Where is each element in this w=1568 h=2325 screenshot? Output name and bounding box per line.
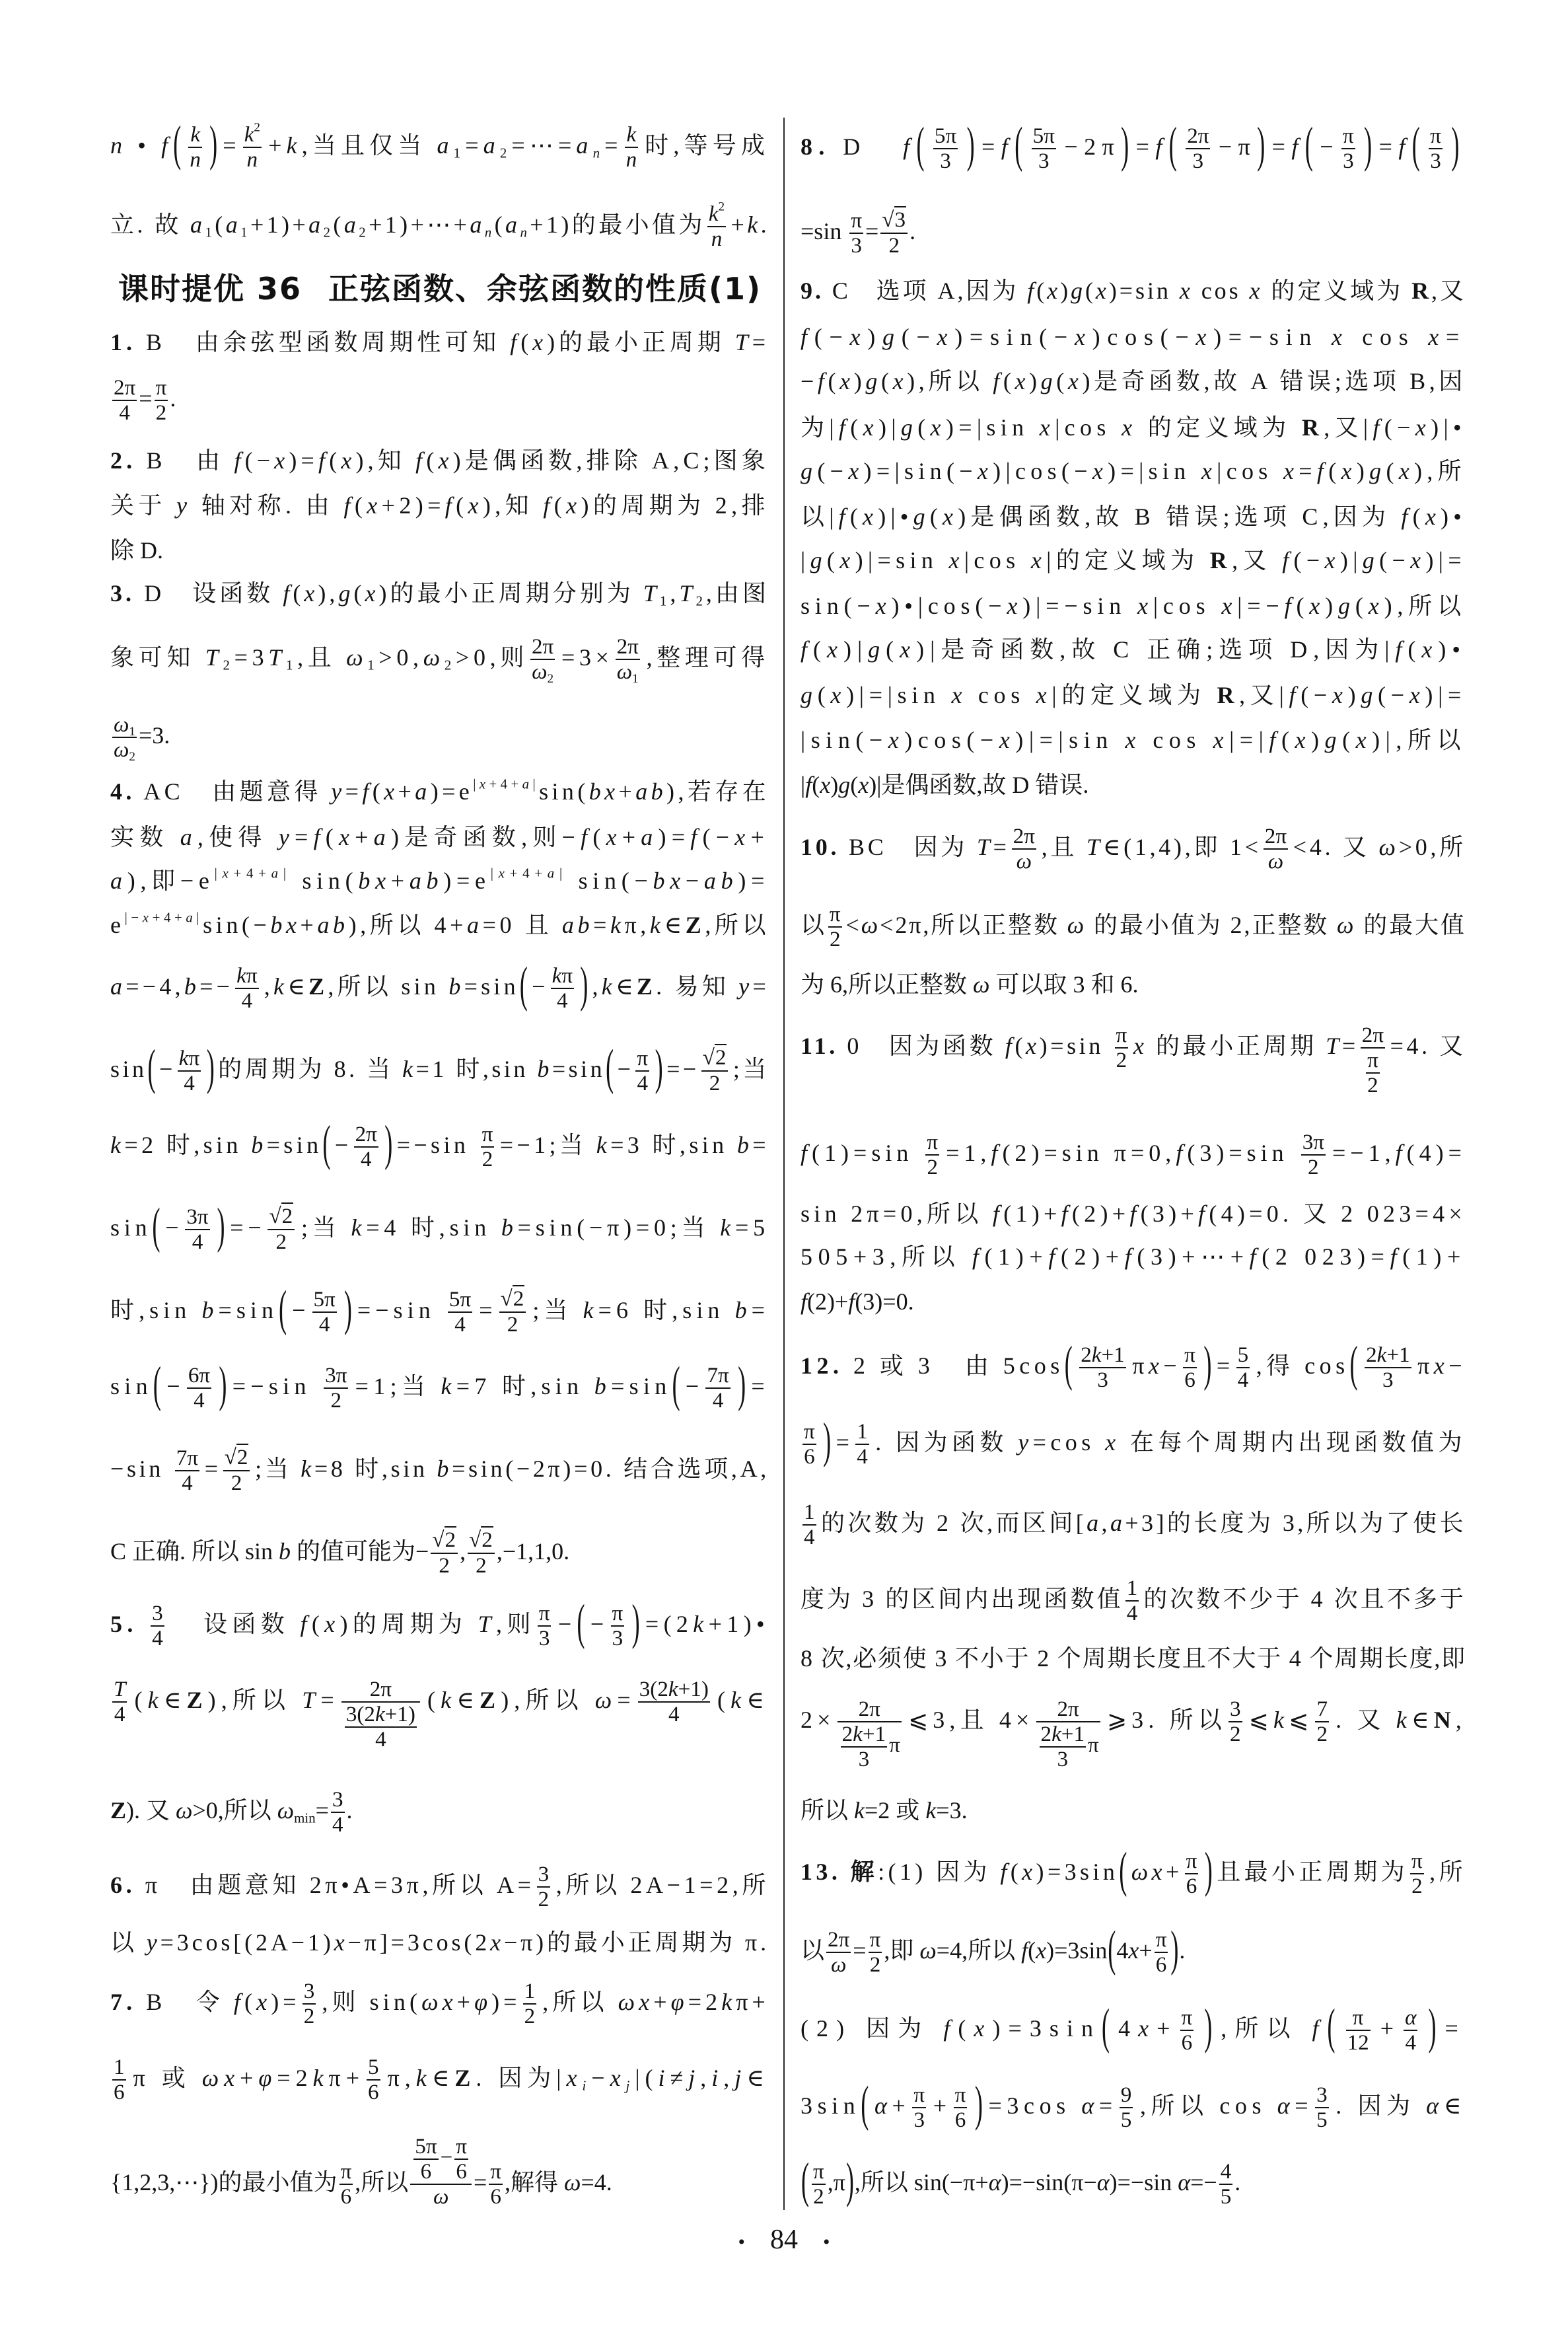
square-root: √2 bbox=[432, 1529, 456, 1551]
math-text: 3(2k+1) bbox=[346, 1702, 415, 1726]
math-text: 3 bbox=[1038, 149, 1050, 173]
bold-label: 3. bbox=[110, 580, 135, 607]
math-text: 6π bbox=[188, 1363, 210, 1387]
math-text: 2π bbox=[828, 1927, 849, 1952]
math-text: 4 bbox=[194, 1388, 205, 1413]
math-variable: a bbox=[186, 909, 196, 925]
numerator: π bbox=[339, 2162, 353, 2182]
big-parenthesis: ( bbox=[860, 2079, 869, 2129]
math-text: 2 bbox=[1367, 1073, 1378, 1097]
math-text: 6 bbox=[490, 2184, 501, 2209]
math-text: 4 bbox=[1221, 2159, 1232, 2184]
numerator: 9 bbox=[1120, 2085, 1133, 2105]
math-text: , bbox=[460, 1538, 466, 1565]
numerator: 2π bbox=[530, 637, 555, 657]
fraction: 2πω2 bbox=[528, 637, 557, 682]
denominator: 6 bbox=[1183, 1370, 1197, 1390]
denominator: 4 bbox=[185, 1232, 209, 1252]
fraction: 72 bbox=[1313, 1699, 1331, 1744]
denominator: 2 bbox=[1366, 1076, 1380, 1095]
numerator: 2π bbox=[1361, 1025, 1385, 1045]
math-text: π bbox=[456, 2134, 467, 2159]
solution-line: 11. 0 因为函数 f(x)=sin π2x 的最小正周期 T=2ππ2=4.… bbox=[801, 993, 1466, 1099]
denominator: 6 bbox=[1180, 2033, 1194, 2053]
math-text: 4 bbox=[182, 1471, 193, 1495]
math-text: 2π bbox=[532, 634, 553, 659]
math-text: 3 bbox=[1097, 1368, 1108, 1392]
math-variable: k bbox=[720, 1214, 735, 1241]
math-text: =− bbox=[230, 1214, 266, 1241]
math-text: a=−4,b=− bbox=[110, 973, 233, 1000]
math-text: +1)的最小值为 bbox=[530, 211, 705, 238]
math-text: 9 bbox=[1121, 2083, 1132, 2107]
subscript: 1 bbox=[129, 725, 135, 739]
math-text: π bbox=[851, 208, 862, 233]
math-variable: f bbox=[1005, 1033, 1015, 1059]
big-parenthesis: ) bbox=[1204, 1845, 1213, 1895]
math-text: . bbox=[1179, 1937, 1185, 1964]
math-variable: T bbox=[1326, 1033, 1342, 1059]
math-variable: ω bbox=[277, 1797, 294, 1824]
right-column: 8. D f(5π3)=f(5π3−2π)=f(2π3−π)=f(−π3)=f(… bbox=[801, 0, 1466, 2325]
superscript: 2 bbox=[719, 200, 725, 214]
big-parenthesis: ( bbox=[1101, 2001, 1110, 2051]
radical-sign-icon: √ bbox=[432, 1528, 444, 1552]
denominator: 2 bbox=[303, 2007, 316, 2026]
denominator: 4 bbox=[1236, 1370, 1250, 1390]
fraction: π2 bbox=[867, 1930, 884, 1975]
math-text: π bbox=[1088, 1732, 1099, 1757]
denominator: 2 bbox=[1410, 1876, 1424, 1896]
denominator: 3 bbox=[1429, 151, 1443, 171]
math-text: (a bbox=[215, 211, 240, 238]
math-text: ω bbox=[1268, 849, 1283, 873]
denominator: 2 bbox=[523, 2007, 537, 2026]
math-text: (k∈ bbox=[717, 1687, 769, 1713]
bold-label: 10. bbox=[801, 834, 839, 860]
math-text: − bbox=[335, 1132, 352, 1158]
denominator: 3 bbox=[1365, 1370, 1411, 1390]
math-variable: x bbox=[324, 1611, 339, 1637]
math-text: π bbox=[913, 2083, 925, 2107]
math-text: π bbox=[870, 1927, 881, 1952]
math-text: 1 bbox=[857, 1419, 868, 1444]
math-variable: k bbox=[1092, 1343, 1102, 1367]
math-text: 2π bbox=[1187, 124, 1209, 148]
math-text: − bbox=[166, 1373, 185, 1399]
denominator: 6 bbox=[112, 2083, 126, 2102]
fraction: 56 bbox=[365, 2057, 382, 2102]
math-text: − bbox=[1320, 133, 1339, 160]
big-parenthesis: ) bbox=[1363, 120, 1372, 170]
solution-line: 2×2π2k+13π⩽3,且 4×2π2k+13π⩾3. 所以32⩽k⩽72. … bbox=[801, 1667, 1466, 1773]
line-content: {1,2,3,⋯})的最小值为π6,所以5π6−π6ω=π6,解得 ω=4. bbox=[110, 2129, 612, 2235]
math-text: ,k∈Z,所以 sin b=sin bbox=[264, 973, 519, 1000]
math-variable: k bbox=[190, 122, 200, 147]
math-text: D 设函数 f(x),g(x)的最小正周期分别为 T bbox=[135, 580, 660, 607]
bold-label: 5. bbox=[110, 1611, 138, 1637]
fraction: 2k+13 bbox=[1077, 1345, 1128, 1390]
math-text: 2k+1 bbox=[1041, 1722, 1085, 1746]
math-text: ,所以 cos α= bbox=[1140, 2092, 1313, 2119]
numerator: 3 bbox=[151, 1604, 164, 1623]
math-text: π bbox=[889, 1732, 900, 1757]
math-variable: f bbox=[943, 2015, 958, 2042]
fraction: 14 bbox=[853, 1422, 871, 1467]
denominator: 4 bbox=[638, 1705, 710, 1724]
fraction: 32 bbox=[301, 1981, 318, 2026]
math-variable: x bbox=[1133, 1033, 1147, 1059]
math-text: k bbox=[709, 202, 719, 226]
math-text: π bbox=[1116, 1023, 1127, 1047]
math-variable: k bbox=[627, 122, 637, 147]
math-text: 4 bbox=[361, 1147, 372, 1171]
math-text: 6 bbox=[955, 2108, 966, 2132]
denominator: 4 bbox=[551, 991, 574, 1011]
math-text: π 或 ωx+φ=2kπ+ bbox=[133, 2065, 365, 2091]
bold-label: 13. bbox=[801, 1859, 841, 1885]
math-text: 5π bbox=[415, 2134, 437, 2159]
numerator: π bbox=[454, 2137, 468, 2157]
math-text: 6 bbox=[114, 2080, 125, 2104]
math-text: ,且 T∈(1,4),即 1< bbox=[1042, 834, 1262, 860]
math-text: n bbox=[190, 147, 201, 172]
numerator: 2k+1 bbox=[1040, 1724, 1087, 1744]
fraction: 5π6−π6ω bbox=[408, 2137, 474, 2206]
math-variable: x bbox=[1434, 1352, 1448, 1379]
numerator: π bbox=[1346, 2008, 1371, 2028]
numerator: 2π bbox=[341, 1679, 420, 1699]
denominator: 5 bbox=[1120, 2110, 1133, 2130]
math-variable: b bbox=[184, 973, 199, 1000]
line-content: 2×2π2k+13π⩽3,且 4×2π2k+13π⩾3. 所以32⩽k⩽72. … bbox=[801, 1667, 1466, 1773]
subscript: j bbox=[626, 2077, 635, 2093]
math-text: π bbox=[1411, 1849, 1423, 1873]
math-text: π bbox=[156, 375, 167, 400]
subscript: n bbox=[520, 224, 530, 240]
math-text: − bbox=[292, 1297, 310, 1323]
math-text: k bbox=[627, 122, 637, 147]
math-text: kπ bbox=[179, 1046, 199, 1070]
math-text: 2π bbox=[370, 1677, 392, 1701]
math-variable: a bbox=[190, 211, 205, 238]
math-text: 3 bbox=[1430, 149, 1441, 173]
math-text: π bbox=[804, 1419, 815, 1444]
fraction: √22 bbox=[429, 1529, 460, 1576]
math-text: n • f bbox=[110, 132, 172, 159]
math-variable: T bbox=[977, 834, 993, 860]
math-variable: T bbox=[643, 580, 660, 607]
big-parenthesis: ) bbox=[1450, 120, 1460, 170]
math-variable: k bbox=[110, 1132, 124, 1158]
math-text: (k∈Z),所以 ω= bbox=[427, 1687, 636, 1713]
math-text: 4 bbox=[668, 1702, 680, 1726]
math-text: 1 bbox=[524, 1979, 536, 2003]
math-variable: k bbox=[441, 1373, 456, 1399]
math-text: x 的最小正周期 T= bbox=[1133, 1033, 1359, 1059]
math-text: 2 bbox=[330, 1388, 341, 1413]
math-variable: x bbox=[974, 2015, 992, 2042]
math-text: 6 bbox=[341, 2184, 352, 2209]
math-text: . 因为函数 y=cos x 在每个周期内出现函数值为 bbox=[875, 1429, 1466, 1456]
math-text: 2 bbox=[870, 1952, 881, 1977]
math-variable: T bbox=[205, 644, 223, 671]
bold-label: 解 bbox=[851, 1859, 878, 1885]
denominator: 5 bbox=[1315, 2110, 1329, 2130]
fraction: π6 bbox=[1178, 2008, 1196, 2053]
math-variable: ω bbox=[595, 1687, 618, 1713]
numerator: T bbox=[112, 1679, 127, 1699]
denominator: 5 bbox=[1219, 2187, 1233, 2207]
math-text: ,T bbox=[670, 580, 695, 607]
math-variable: f bbox=[1398, 133, 1411, 160]
math-text: <4. 又 ω>0,所 bbox=[1293, 834, 1466, 860]
math-text: . 因为 α∈ bbox=[1336, 2092, 1466, 2119]
square-root: √2 bbox=[501, 1288, 525, 1310]
math-text: 0 因为函数 f(x)=sin bbox=[838, 1033, 1113, 1059]
big-parenthesis: ( bbox=[278, 1283, 287, 1333]
math-text: = bbox=[836, 1429, 854, 1456]
math-variable: φ bbox=[258, 2065, 277, 2091]
math-text: 7π bbox=[707, 1363, 729, 1387]
numerator: kπ bbox=[235, 966, 258, 986]
big-parenthesis: ( bbox=[801, 2155, 810, 2205]
math-text: π bbox=[830, 902, 841, 926]
math-text: ;当 k=8 时,sin b=sin(−2π)=0. 结合选项,A, bbox=[255, 1456, 769, 1482]
numerator: 1 bbox=[802, 1502, 816, 1522]
numerator: 1 bbox=[112, 2057, 126, 2077]
denominator: 4 bbox=[448, 1315, 472, 1335]
math-variable: k bbox=[313, 2065, 329, 2091]
math-text: 3 bbox=[940, 149, 951, 173]
numerator: √2 bbox=[267, 1205, 295, 1227]
fraction: π2 bbox=[1113, 1025, 1131, 1070]
math-variable: k bbox=[552, 963, 562, 988]
math-variable: k bbox=[721, 1989, 736, 2015]
math-text: π bbox=[1184, 1343, 1195, 1367]
math-text: k bbox=[190, 122, 200, 147]
numerator: 3π bbox=[324, 1366, 348, 1385]
big-parenthesis: ( bbox=[576, 1597, 585, 1647]
math-text: . 又 k∈N, bbox=[1336, 1707, 1466, 1733]
math-text: ⩽3,且 4× bbox=[908, 1707, 1034, 1733]
math-text: ,且 ω bbox=[297, 644, 367, 671]
math-variable: a bbox=[437, 132, 454, 159]
radicand: 2 bbox=[445, 1526, 457, 1552]
math-text: ,所以 f bbox=[1221, 2015, 1326, 2042]
math-text: =− bbox=[666, 1056, 699, 1082]
big-parenthesis: ( bbox=[1064, 1339, 1073, 1389]
math-text: ,整理可得 bbox=[647, 644, 769, 671]
math-variable: T bbox=[1087, 834, 1103, 860]
numerator: 2k+1 bbox=[1079, 1345, 1126, 1365]
math-text: ;当 bbox=[733, 1056, 769, 1082]
big-parenthesis: ( bbox=[1304, 120, 1314, 170]
math-text: = bbox=[751, 1373, 769, 1399]
math-variable: y bbox=[1018, 1429, 1032, 1456]
numerator: π bbox=[1155, 1930, 1168, 1950]
fraction: √22 bbox=[221, 1446, 252, 1493]
numerator: 6π bbox=[187, 1366, 211, 1385]
math-variable: k bbox=[1396, 1707, 1411, 1733]
math-variable: b bbox=[279, 1538, 291, 1565]
numerator: 3 bbox=[303, 1981, 316, 2001]
math-text: ω bbox=[617, 659, 632, 684]
math-text: 2π bbox=[859, 1697, 880, 1721]
math-text: 2π bbox=[1265, 824, 1287, 848]
big-parenthesis: ) bbox=[579, 959, 588, 1010]
number-set-symbol: Z bbox=[480, 1687, 501, 1713]
math-text: 4 bbox=[192, 1230, 203, 1254]
fraction: 14 bbox=[801, 1502, 818, 1547]
math-text: 1 bbox=[114, 2055, 125, 2079]
math-text: >0,ω bbox=[378, 644, 444, 671]
fraction: π6 bbox=[1153, 1930, 1170, 1975]
math-variable: a bbox=[470, 211, 484, 238]
numerator: k bbox=[188, 125, 202, 145]
number-set-symbol: N bbox=[1434, 1707, 1456, 1733]
fraction: 2π3 bbox=[1184, 126, 1212, 171]
fraction: π12 bbox=[1344, 2008, 1372, 2053]
radical-sign-icon: √ bbox=[501, 1286, 513, 1311]
math-text: 4 bbox=[1405, 2030, 1416, 2055]
denominator: 4 bbox=[235, 991, 258, 1011]
denominator: ω bbox=[1012, 852, 1036, 871]
numerator: 3 bbox=[537, 1864, 551, 1884]
big-parenthesis: ) bbox=[1203, 2001, 1213, 2051]
math-variable: b bbox=[437, 1456, 452, 1482]
subscript: 2 bbox=[445, 657, 456, 673]
math-text: α bbox=[1405, 2005, 1416, 2030]
math-variable: α bbox=[1277, 2092, 1295, 2119]
numerator: 5π bbox=[413, 2137, 438, 2157]
math-variable: f bbox=[1291, 133, 1304, 160]
denominator: 4 bbox=[802, 1528, 816, 1547]
numerator: 3π bbox=[1301, 1132, 1326, 1152]
numerator: π bbox=[869, 1930, 882, 1950]
math-text: π bbox=[813, 2159, 824, 2184]
square-root: √2 bbox=[269, 1205, 293, 1227]
math-variable: n bbox=[626, 147, 637, 172]
math-text: 4 bbox=[114, 1702, 125, 1726]
fraction: π2 bbox=[479, 1125, 497, 1169]
denominator: 2 bbox=[499, 1315, 526, 1335]
math-variable: f bbox=[1001, 133, 1014, 160]
big-parenthesis: ) bbox=[974, 2079, 983, 2129]
denominator: n bbox=[243, 150, 262, 170]
fraction: π6 bbox=[801, 1422, 818, 1467]
numerator: 3 bbox=[1315, 2085, 1329, 2105]
numerator: 3(2k+1) bbox=[638, 1679, 710, 1699]
math-variable: j bbox=[734, 2065, 746, 2091]
math-variable: g bbox=[338, 580, 353, 607]
numerator: π bbox=[812, 2162, 826, 2182]
math-text: ,解得 ω=4. bbox=[505, 2169, 612, 2196]
math-text: C 正确. 所以 sin b 的值可能为− bbox=[110, 1538, 429, 1565]
fraction: π3 bbox=[1339, 126, 1357, 171]
math-variable: x bbox=[256, 1989, 271, 2015]
math-variable: j bbox=[626, 2077, 635, 2093]
math-text: =−sin bbox=[232, 1373, 322, 1399]
fraction: 3π2 bbox=[322, 1366, 350, 1411]
denominator: 4 bbox=[635, 1074, 649, 1093]
math-text: π bbox=[1367, 1048, 1378, 1072]
line-content: 11. 0 因为函数 f(x)=sin π2x 的最小正周期 T=2ππ2=4.… bbox=[801, 993, 1466, 1099]
subscript: n bbox=[593, 145, 605, 161]
math-text: =f bbox=[1272, 133, 1304, 160]
math-text: = bbox=[474, 2169, 487, 2196]
math-text: n bbox=[711, 227, 723, 251]
math-text: = bbox=[479, 1297, 497, 1323]
math-variable: a bbox=[576, 132, 592, 159]
bullet-ornament-icon: • bbox=[738, 2231, 745, 2253]
math-variable: φ bbox=[671, 1989, 688, 2015]
math-text: 2k+1 bbox=[842, 1722, 886, 1746]
numerator: π bbox=[1180, 2008, 1194, 2028]
math-text: ω bbox=[831, 1952, 846, 1977]
math-text: . bbox=[1234, 2169, 1240, 2196]
math-text: π bbox=[1156, 1927, 1167, 1952]
big-parenthesis: ) bbox=[655, 1042, 664, 1092]
numerator: 2π bbox=[837, 1699, 902, 1719]
numerator: 5 bbox=[367, 2057, 380, 2077]
math-variable: k bbox=[596, 1132, 610, 1158]
math-text: kπ bbox=[552, 963, 573, 988]
denominator: 4 bbox=[175, 1473, 199, 1493]
math-variable: f bbox=[300, 1611, 311, 1637]
math-text: 以 bbox=[801, 1937, 824, 1964]
math-text: ,所 bbox=[1429, 1859, 1466, 1885]
math-variable: k bbox=[148, 1687, 164, 1713]
fraction: 2ππ2 bbox=[1359, 1025, 1387, 1095]
math-variable: a bbox=[344, 211, 359, 238]
fraction: 5π6 bbox=[411, 2137, 440, 2182]
math-text: ,即 ω=4,所以 f(x)=3sin bbox=[884, 1937, 1107, 1964]
math-variable: b bbox=[735, 1297, 752, 1323]
math-variable: ωx bbox=[1131, 1859, 1166, 1885]
math-variable: α bbox=[1405, 2005, 1416, 2030]
big-parenthesis: ( bbox=[172, 118, 182, 168]
math-text: 2 bbox=[1230, 1722, 1241, 1746]
math-text: − bbox=[590, 1611, 609, 1637]
denominator: 6 bbox=[413, 2162, 438, 2182]
denominator: 4 bbox=[1404, 2033, 1417, 2053]
math-text: 立. 故 a bbox=[110, 211, 205, 238]
fraction: 2π3(2k+1)4 bbox=[339, 1679, 422, 1749]
math-text: 6 bbox=[456, 2159, 467, 2184]
denominator: 6 bbox=[489, 2187, 503, 2207]
fraction: 34 bbox=[329, 1790, 347, 1835]
math-variable: k bbox=[244, 122, 254, 147]
math-text: 3 bbox=[152, 1601, 163, 1625]
big-parenthesis: ( bbox=[1411, 120, 1421, 170]
numerator: π bbox=[1429, 126, 1443, 146]
math-text: 的次数为 2 次,而区间[a,a+3]的长度为 3,所以为了使长 bbox=[821, 1510, 1466, 1536]
math-text: =⋯=a bbox=[511, 132, 592, 159]
big-parenthesis: ( bbox=[672, 1359, 681, 1409]
math-text: 5 bbox=[1316, 2108, 1328, 2132]
math-variable: k bbox=[179, 1046, 189, 1070]
big-parenthesis: ) bbox=[343, 1283, 353, 1333]
math-variable: f bbox=[903, 133, 915, 160]
number-set-symbol: Z bbox=[637, 973, 656, 1000]
math-text: 6 bbox=[1156, 1952, 1167, 1977]
math-text: α+ bbox=[874, 2092, 910, 2119]
denominator: 3 bbox=[933, 151, 958, 171]
math-variable: k bbox=[301, 1456, 314, 1482]
math-text: 且最小正周期为 bbox=[1217, 1859, 1408, 1885]
math-text: −π bbox=[1219, 133, 1256, 160]
